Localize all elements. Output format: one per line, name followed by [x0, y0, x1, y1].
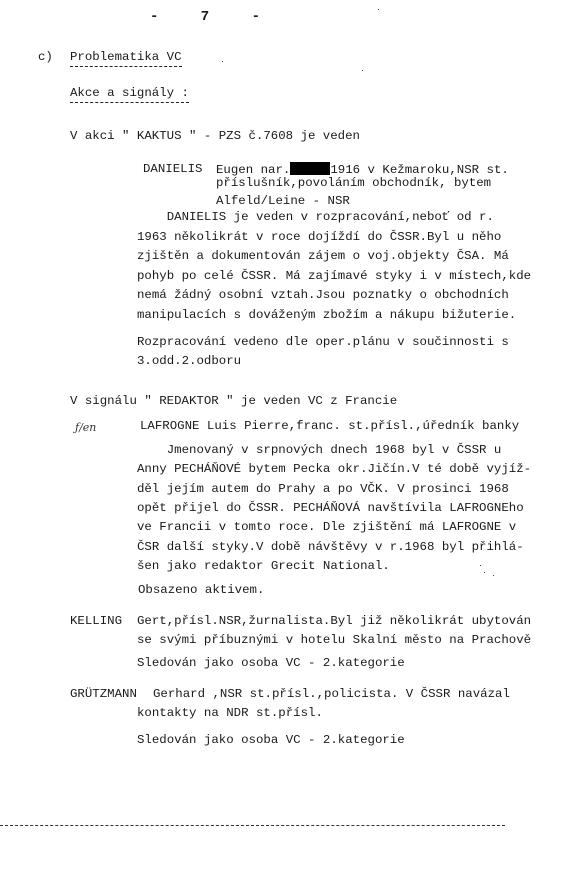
grutzmann-status: Sledován jako osoba VC - 2.kategorie	[137, 733, 405, 747]
page-number: - 7 -	[150, 10, 262, 24]
scan-speck	[493, 575, 494, 576]
paragraph-line: DANIELIS je veden v rozpracování,neboť o…	[137, 210, 494, 224]
section-label: c)	[38, 50, 53, 64]
birth-prefix: Eugen nar.	[216, 163, 290, 177]
paragraph-line: manipulacích s dováženým zbožím a nákupu…	[137, 308, 516, 322]
paragraph-line: ve Francii v tomto roce. Dle zjištění má…	[137, 520, 516, 534]
section-title: Problematika VC	[70, 50, 182, 67]
grutzmann-name: GRÜTZMANN	[70, 687, 137, 701]
scan-speck	[222, 61, 223, 62]
paragraph-line: šen jako redaktor Grecit National.	[137, 559, 390, 573]
scan-speck	[480, 565, 481, 566]
paragraph-line: nemá žádný osobní vztah.Jsou poznatky o …	[137, 288, 509, 302]
kaktus-subject-name: DANIELIS	[143, 162, 203, 176]
kaktus-subject-line1: Eugen nar.1916 v Kežmaroku,NSR st.	[216, 162, 509, 177]
kelling-status: Sledován jako osoba VC - 2.kategorie	[137, 656, 405, 670]
kaktus-subject-line2: příslušník,povoláním obchodník, bytem	[216, 176, 491, 190]
paragraph-line: ČSR další styky.V době návštěvy v r.1968…	[137, 540, 524, 554]
paragraph-line: Anny PECHÁŇOVÉ bytem Pecka okr.Jičín.V t…	[137, 462, 531, 476]
page-bottom-rule	[0, 825, 505, 826]
subheading: Akce a signály :	[70, 86, 189, 103]
birth-suffix: 1916 v Kežmaroku,NSR st.	[330, 163, 508, 177]
scan-speck	[362, 70, 363, 71]
kelling-line-1: Gert,přísl.NSR,žurnalista.Byl již několi…	[137, 614, 531, 628]
paragraph-line: Jmenovaný v srpnových dnech 1968 byl v Č…	[137, 443, 501, 457]
paragraph-line: 3.odd.2.odboru	[137, 354, 241, 368]
paragraph-line: pohyb po celé ČSSR. Má zajímavé styky i …	[137, 269, 531, 283]
scan-speck	[378, 9, 379, 10]
kaktus-subject-line3: Alfeld/Leine - NSR	[216, 194, 350, 208]
grutzmann-line-2: kontakty na NDR st.přísl.	[137, 706, 323, 720]
kelling-line-2: se svými příbuznými v hotelu Skalní měst…	[137, 633, 531, 647]
redaction-bar	[290, 162, 330, 175]
redaktor-paragraph-2: Obsazeno aktivem.	[138, 583, 264, 597]
kaktus-intro: V akci " KAKTUS " - PZS č.7608 je veden	[70, 129, 360, 143]
paragraph-line: Rozpracování vedeno dle oper.plánu v sou…	[137, 335, 509, 349]
grutzmann-line-1: Gerhard ,NSR st.přísl.,policista. V ČSSR…	[153, 687, 510, 701]
paragraph-line: opět přijel do ČSSR. PECHÁŇOVÁ navštívil…	[137, 501, 524, 515]
handwritten-margin-note: ƒ/en	[75, 421, 96, 435]
paragraph-line: děl jejím autem do Prahy a po VČK. V pro…	[137, 482, 509, 496]
paragraph-line: zjištěn a dokumentován zájem o voj.objek…	[137, 249, 509, 263]
redaktor-intro: V signálu " REDAKTOR " je veden VC z Fra…	[70, 394, 397, 408]
kelling-name: KELLING	[70, 614, 122, 628]
scan-speck	[484, 572, 485, 573]
paragraph-line: 1963 několikrát v roce dojíždí do ČSSR.B…	[137, 230, 501, 244]
redaktor-subject: LAFROGNE Luis Pierre,franc. st.přísl.,úř…	[140, 419, 519, 433]
